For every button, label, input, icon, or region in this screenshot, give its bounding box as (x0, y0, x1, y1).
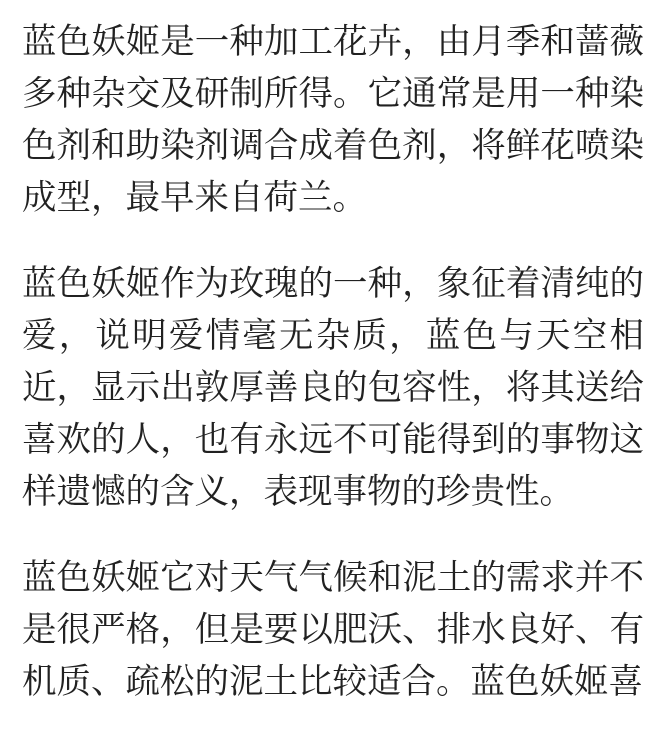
article-paragraph-3: 蓝色妖姬它对天气气候和泥土的需求并不是很严格，但是要以肥沃、排水良好、有机质、疏… (22, 552, 644, 708)
article-body: 蓝色妖姬是一种加工花卉，由月季和蔷薇多种杂交及研制所得。它通常是用一种染色剂和助… (0, 0, 668, 730)
article-paragraph-1: 蓝色妖姬是一种加工花卉，由月季和蔷薇多种杂交及研制所得。它通常是用一种染色剂和助… (22, 16, 644, 224)
article-paragraph-2: 蓝色妖姬作为玫瑰的一种，象征着清纯的爱，说明爱情毫无杂质，蓝色与天空相近，显示出… (22, 258, 644, 518)
